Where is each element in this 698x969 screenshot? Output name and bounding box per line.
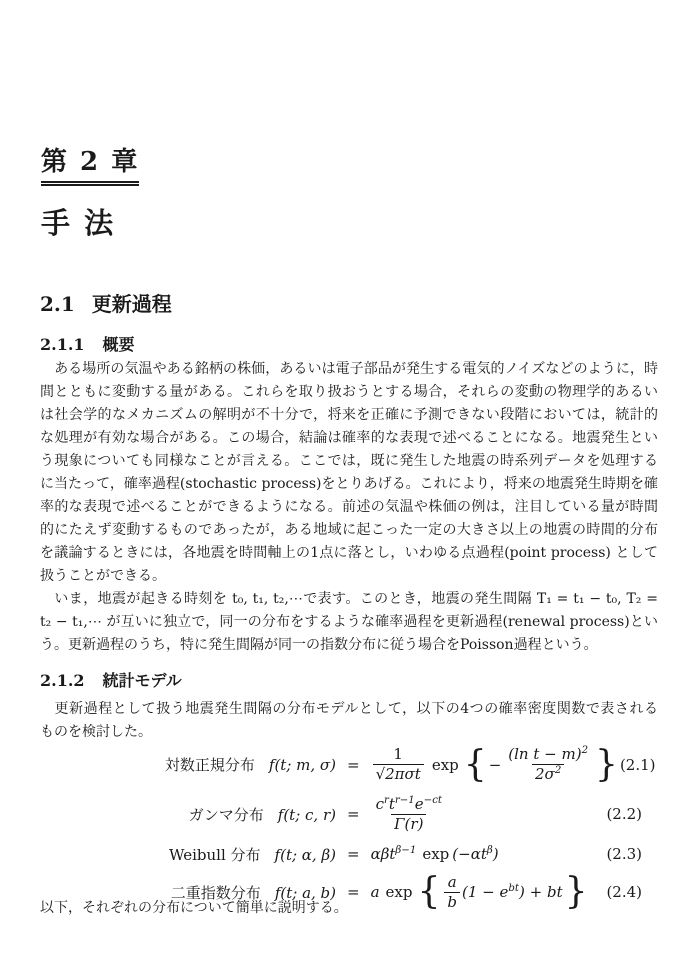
- body-line: 以下，それぞれの分布について簡単に説明する。: [40, 897, 658, 920]
- subsection-heading-2-1-2: 2.1.2統計モデル: [40, 668, 182, 691]
- distribution-name: ガンマ分布: [189, 806, 264, 824]
- equation-lhs: f(t; m, σ): [269, 756, 336, 774]
- exp-function: exp: [432, 756, 459, 774]
- body-line: は社会学的なメカニズムの解明が不十分で，将来を正確に予測できない段階においては，…: [40, 404, 658, 427]
- subsection-title: 統計モデル: [103, 671, 182, 690]
- equation-number: (2.3): [606, 845, 642, 863]
- body-line: t₂ − t₁,⋯ が互いに独立で，同一の分布をするような確率過程を更新過程(r…: [40, 611, 658, 634]
- fraction-denominator: 2σ2: [532, 764, 564, 784]
- equation-number: (2.1): [620, 756, 656, 774]
- fraction-denominator: Γ(r): [391, 814, 426, 834]
- equals-sign: =: [347, 756, 360, 774]
- exp-function: exp: [422, 845, 449, 863]
- section-number: 2.1: [40, 292, 75, 316]
- equation-label-lhs: Weibull 分布f(t; α, β): [40, 844, 336, 865]
- distribution-name: Weibull 分布: [169, 846, 261, 864]
- equation-label-lhs: 対数正規分布f(t; m, σ): [40, 754, 336, 775]
- equation-gamma: ガンマ分布f(t; c, r) = crtr−1e−ct Γ(r) (2.2): [40, 790, 642, 838]
- equation-block: 対数正規分布f(t; m, σ) = 1 √2πσt exp { − (ln t…: [40, 741, 642, 912]
- equation-rhs: αβtβ−1 exp (−αtβ): [371, 845, 499, 863]
- sqrt-argument: 2π: [385, 764, 404, 783]
- equation-lhs: f(t; α, β): [275, 846, 336, 864]
- equation-number: (2.2): [606, 805, 642, 823]
- fraction: 1 √2πσt: [373, 745, 424, 784]
- paragraph-models-intro: 更新過程として扱う地震発生間隔の分布モデルとして，以下の4つの確率密度関数で表さ…: [40, 698, 658, 744]
- chapter-title: 手 法: [41, 201, 115, 242]
- body-line: を議論するときには，各地震を時間軸上の1点に落とし，いわゆる点過程(point …: [40, 542, 658, 565]
- left-brace: {: [464, 747, 487, 783]
- subsection-heading-2-1-1: 2.1.1概要: [40, 332, 135, 355]
- body-line: ある場所の気温やある銘柄の株価，あるいは電子部品が発生する電気的ノイズなどのよう…: [40, 358, 658, 381]
- body-line: 扱うことができる。: [40, 565, 658, 588]
- body-line: 間とともに変動する量がある。これらを取り扱おうとする場合，それらの変動の物理学的…: [40, 381, 658, 404]
- body-line: う。更新過程のうち，特に発生間隔が同一の指数分布に従う場合をPoisson過程と…: [40, 634, 658, 657]
- paper-page: 第 2 章 手 法 2.1更新過程 2.1.1概要 ある場所の気温やある銘柄の株…: [0, 0, 698, 969]
- fraction: crtr−1e−ct Γ(r): [373, 795, 445, 834]
- section-title: 更新過程: [92, 292, 172, 316]
- equation-rhs: 1 √2πσt exp { − (ln t − m)2 2σ2 }: [371, 745, 620, 784]
- equation-lhs: f(t; c, r): [278, 806, 336, 824]
- equals-sign: =: [347, 845, 360, 863]
- right-brace: }: [595, 747, 618, 783]
- body-line: な処理が有効な場合がある。この場合，結論は確率的な表現で述べることになる。地震発…: [40, 427, 658, 450]
- equation-rhs: crtr−1e−ct Γ(r): [371, 795, 447, 834]
- body-line: 的にたえず変動するものであったが，ある地域に起こった一定の大きさ以上の地震の時間…: [40, 519, 658, 542]
- fraction: (ln t − m)2 2σ2: [505, 745, 591, 784]
- body-line: 更新過程として扱う地震発生間隔の分布モデルとして，以下の4つの確率密度関数で表さ…: [40, 698, 658, 721]
- paragraph-overview: ある場所の気温やある銘柄の株価，あるいは電子部品が発生する電気的ノイズなどのよう…: [40, 358, 658, 657]
- denominator-rest: σt: [405, 765, 421, 783]
- body-line: に当たって，確率過程(stochastic process)をとりあげる。これに…: [40, 473, 658, 496]
- closing-line: 以下，それぞれの分布について簡単に説明する。: [40, 897, 658, 920]
- subsection-number: 2.1.2: [40, 671, 85, 690]
- rhs-term: (−αtβ): [452, 845, 498, 863]
- subsection-number: 2.1.1: [40, 335, 85, 354]
- fraction-denominator: √2πσt: [373, 764, 424, 784]
- distribution-name: 対数正規分布: [165, 756, 255, 774]
- fraction-numerator: crtr−1e−ct: [373, 795, 445, 814]
- fraction-numerator: a: [445, 873, 460, 892]
- subsection-title: 概要: [103, 335, 135, 354]
- body-line: 率的な表現で述べることができるようになる。前述の気温や株価の例は，注目している量…: [40, 496, 658, 519]
- fraction-numerator: (ln t − m)2: [505, 745, 591, 764]
- section-heading-2-1: 2.1更新過程: [40, 288, 172, 317]
- body-line: いま，地震が起きる時刻を t₀, t₁, t₂,⋯で表す。このとき，地震の発生間…: [40, 588, 658, 611]
- chapter-number: 第 2 章: [41, 141, 139, 186]
- equation-lognormal: 対数正規分布f(t; m, σ) = 1 √2πσt exp { − (ln t…: [40, 741, 642, 788]
- equation-label-lhs: ガンマ分布f(t; c, r): [40, 804, 336, 825]
- equation-weibull: Weibull 分布f(t; α, β) = αβtβ−1 exp (−αtβ)…: [40, 841, 642, 867]
- fraction-numerator: 1: [390, 745, 406, 764]
- minus-sign: −: [489, 756, 502, 774]
- body-line: う現象についても同様なことが言える。ここでは，既に発生した地震の時系列データを処…: [40, 450, 658, 473]
- equals-sign: =: [347, 805, 360, 823]
- rhs-term: αβtβ−1: [371, 845, 417, 863]
- sqrt-sign: √: [376, 765, 386, 783]
